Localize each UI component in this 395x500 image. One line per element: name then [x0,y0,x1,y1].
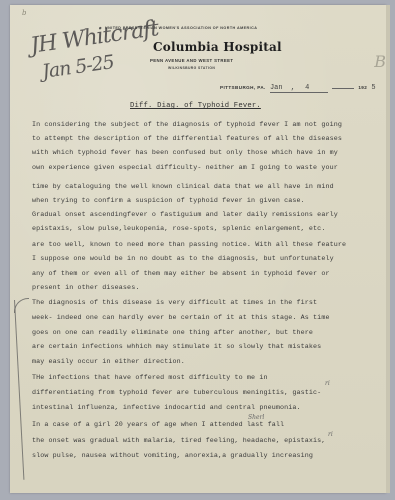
corner-pencil-mark: b [22,9,26,17]
body-line: week- indeed one can hardly ever be cert… [32,314,330,322]
body-line: present in other diseases. [32,284,139,292]
body-line: goes on one can readily eliminate one th… [32,329,313,337]
letterhead-organization: UNITED PRESBYTERIAN WOMEN'S ASSOCIATION … [105,26,257,30]
dateline: PITTSBURGH, PA. Jan , 4 192 5 [220,84,376,93]
handwritten-correction: ri [328,431,333,438]
body-line: the onset was gradual with malaria, tire… [32,437,325,445]
body-line: any of them or even all of them may eith… [32,270,330,278]
page-edge [386,5,390,493]
dateline-rule: Jan , 4 [270,84,328,93]
handwritten-correction: ri [325,380,330,387]
body-line: when trying to confirm a suspicion of ty… [32,197,305,205]
body-line: In considering the subject of the diagno… [32,121,342,129]
body-line: The diagnosis of this disease is very di… [32,299,317,307]
body-line: Gradual onset ascendingfever o fastiguiu… [32,211,338,219]
body-line: differentiating from typhoid fever are t… [32,389,321,397]
letterhead-station: WILKINSBURG STATION [168,66,215,70]
body-line: slow pulse, nausea without vomiting, ano… [32,452,313,460]
letterhead-hospital-name: Columbia Hospital [153,40,282,54]
dateline-year-suffix: 5 [371,84,375,92]
body-line: may easily occur in either direction. [32,358,185,366]
handwritten-margin-mark: B [374,52,385,71]
handwritten-correction: Sherl [248,414,264,421]
body-line: I suppose one would be in no doubt as to… [32,255,334,263]
dateline-month: Jan [270,84,283,92]
body-line: In a case of a girl 20 years of age when… [32,421,284,429]
body-line: are certain infections whhich may stimul… [32,343,321,351]
body-line: to attempt the description of the differ… [32,135,342,143]
document-title: Diff. Diag. of Typhoid Fever. [130,102,261,110]
body-line: time by cataloguing the well known clini… [32,183,334,191]
body-line: epistaxis, slow pulse,leukopenia, rose-s… [32,225,325,233]
dateline-place: PITTSBURGH, PA. [220,85,266,90]
body-line: with which typhoid fever has been confus… [32,149,338,157]
body-line: intestinal influenza, infective indocart… [32,404,301,412]
letterhead-address: PENN AVENUE AND WEST STREET [150,58,233,63]
body-line: own experience given especial difficulty… [32,164,338,172]
body-line: are too well, known to need more than pa… [32,241,346,249]
dateline-day: 4 [305,84,309,92]
dateline-year-prefix: 192 [358,85,367,90]
body-line: THe infections that have offered most di… [32,374,268,382]
